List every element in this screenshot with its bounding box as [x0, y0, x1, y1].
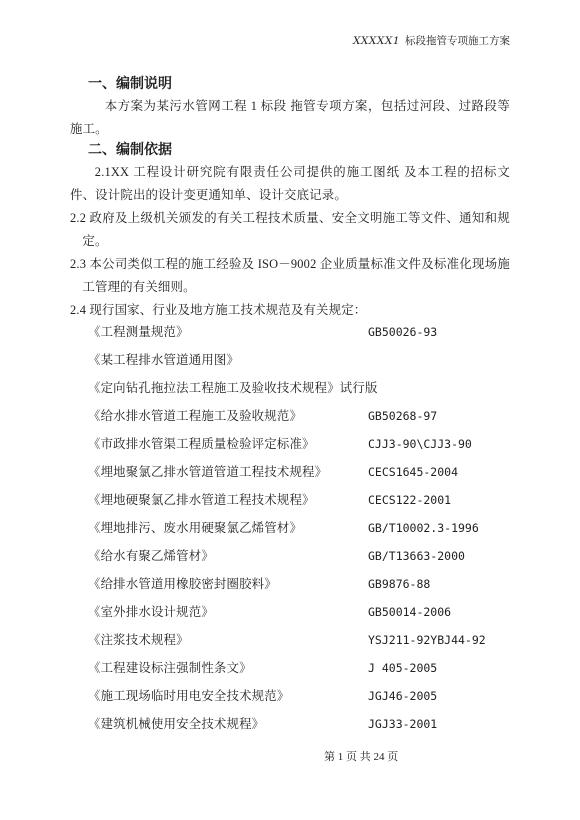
standard-code: GB/T10002.3-1996: [368, 514, 479, 542]
standard-title: 《注浆技术规程》: [88, 633, 189, 647]
basis-item-2-3: 2.3 本公司类似工程的施工经验及 ISO－9002 企业质量标准文件及标准化现…: [70, 253, 510, 299]
standard-row: 《注浆技术规程》 YSJ211-92YBJ44-92: [70, 626, 510, 654]
standard-row: 《给排水管道用橡胶密封圈胶料》 GB9876-88: [70, 570, 510, 598]
standard-code: CECS122-2001: [368, 486, 451, 514]
standards-list: 《工程测量规范》 GB50026-93 《某工程排水管道通用图》 《定向钻孔拖拉…: [70, 318, 510, 738]
standard-code: GB50014-2006: [368, 598, 451, 626]
standard-title: 《给水排水管道工程施工及验收规范》: [88, 409, 302, 423]
standard-title: 《室外排水设计规范》: [88, 605, 214, 619]
standard-row: 《室外排水设计规范》 GB50014-2006: [70, 598, 510, 626]
standard-row: 《建筑机械使用安全技术规程》 JGJ33-2001: [70, 710, 510, 738]
standard-code: GB/T13663-2000: [368, 542, 465, 570]
section1-paragraph: 本方案为某污水管网工程 1 标段 拖管专项方案，包括过河段、过路段等施工。: [70, 95, 510, 141]
page-number: 第 1 页 共 24 页: [324, 749, 398, 765]
document-page: XXXXX1标段拖管专项施工方案 一、编制说明 本方案为某污水管网工程 1 标段…: [0, 0, 580, 820]
standard-row: 《定向钻孔拖拉法工程施工及验收技术规程》试行版: [70, 374, 510, 402]
standard-title: 《埋地聚氯乙排水管道管道工程技术规程》: [88, 465, 327, 479]
standard-title: 《施工现场临时用电安全技术规范》: [88, 689, 289, 703]
standard-code: JGJ46-2005: [368, 682, 437, 710]
standard-code: YSJ211-92YBJ44-92: [368, 626, 486, 654]
section2-heading: 二、编制依据: [88, 141, 510, 161]
standard-code: CJJ3-90\CJJ3-90: [368, 430, 472, 458]
standard-title: 《给排水管道用橡胶密封圈胶料》: [88, 577, 277, 591]
doc-title: 标段拖管专项施工方案: [405, 36, 510, 47]
standard-code: GB9876-88: [368, 570, 430, 598]
standard-code: JGJ33-2001: [368, 710, 437, 738]
standard-title: 《建筑机械使用安全技术规程》: [88, 717, 264, 731]
standard-code: GB50026-93: [368, 318, 437, 346]
standard-row: 《埋地硬聚氯乙排水管道工程技术规程》 CECS122-2001: [70, 486, 510, 514]
standard-row: 《市政排水管渠工程质量检验评定标准》 CJJ3-90\CJJ3-90: [70, 430, 510, 458]
page-header: XXXXX1标段拖管专项施工方案: [70, 34, 510, 49]
basis-item-2-2: 2.2 政府及上级机关颁发的有关工程技术质量、安全文明施工等文件、通知和规定。: [70, 207, 510, 253]
standard-title: 《工程测量规范》: [88, 325, 189, 339]
standard-code: GB50268-97: [368, 402, 437, 430]
standard-title: 《给水有聚乙烯管材》: [88, 549, 214, 563]
standard-code: J 405-2005: [368, 654, 437, 682]
standard-row: 《给水排水管道工程施工及验收规范》 GB50268-97: [70, 402, 510, 430]
standard-row: 《施工现场临时用电安全技术规范》 JGJ46-2005: [70, 682, 510, 710]
basis-item-2-1: 2.1XX 工程设计研究院有限责任公司提供的施工图纸 及本工程的招标文件、设计院…: [70, 161, 510, 207]
standard-row: 《埋地聚氯乙排水管道管道工程技术规程》 CECS1645-2004: [70, 458, 510, 486]
standard-title: 《定向钻孔拖拉法工程施工及验收技术规程》试行版: [88, 381, 378, 395]
doc-ref: XXXXX1: [353, 35, 400, 47]
standard-code: CECS1645-2004: [368, 458, 458, 486]
standard-row: 《给水有聚乙烯管材》 GB/T13663-2000: [70, 542, 510, 570]
standard-title: 《埋地排污、废水用硬聚氯乙烯管材》: [88, 521, 302, 535]
document-content: XXXXX1标段拖管专项施工方案 一、编制说明 本方案为某污水管网工程 1 标段…: [0, 0, 580, 738]
standard-title: 《某工程排水管道通用图》: [88, 353, 239, 367]
standard-row: 《某工程排水管道通用图》: [70, 346, 510, 374]
standard-row: 《工程测量规范》 GB50026-93: [70, 318, 510, 346]
standard-title: 《工程建设标注强制性条文》: [88, 661, 252, 675]
section1-heading: 一、编制说明: [88, 75, 510, 95]
standard-title: 《市政排水管渠工程质量检验评定标准》: [88, 437, 315, 451]
standard-row: 《埋地排污、废水用硬聚氯乙烯管材》 GB/T10002.3-1996: [70, 514, 510, 542]
standard-row: 《工程建设标注强制性条文》 J 405-2005: [70, 654, 510, 682]
standard-title: 《埋地硬聚氯乙排水管道工程技术规程》: [88, 493, 315, 507]
